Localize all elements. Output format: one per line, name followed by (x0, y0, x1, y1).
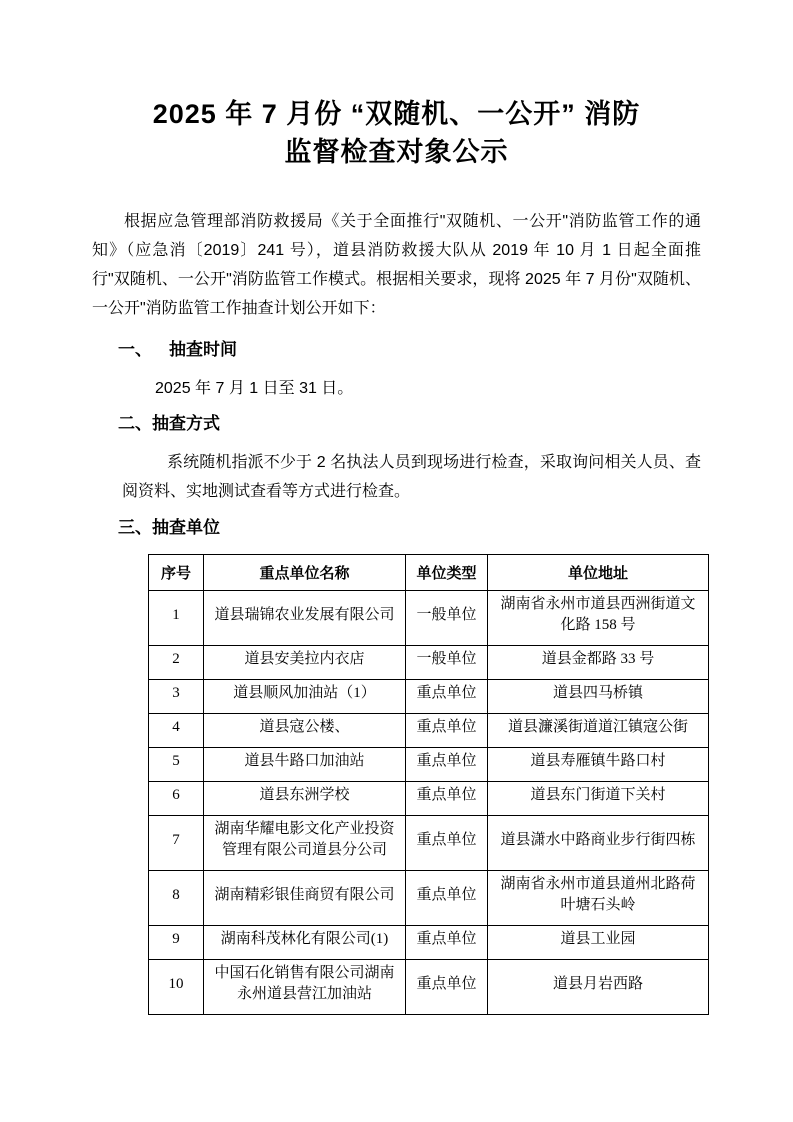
cell-index: 4 (149, 714, 204, 748)
cell-unit-type: 重点单位 (406, 871, 488, 926)
header-cell-unit-address: 单位地址 (488, 555, 709, 591)
document-title: 2025 年 7 月份 “双随机、一公开” 消防 监督检查对象公示 (92, 95, 701, 171)
section-number: 三、 (118, 518, 152, 537)
section-heading-inspection-time: 一、抽查时间 (118, 339, 701, 361)
table-row: 10 中国石化销售有限公司湖南永州道县营江加油站 重点单位 道县月岩西路 (149, 960, 709, 1015)
cell-unit-name: 道县牛路口加油站 (204, 748, 406, 782)
cell-index: 6 (149, 782, 204, 816)
cell-unit-address: 湖南省永州市道县西洲街道文化路 158 号 (488, 591, 709, 646)
header-cell-unit-type: 单位类型 (406, 555, 488, 591)
cell-unit-address: 湖南省永州市道县道州北路荷叶塘石头岭 (488, 871, 709, 926)
table-row: 2 道县安美拉内衣店 一般单位 道县金都路 33 号 (149, 646, 709, 680)
inspection-method-text: 系统随机指派不少于 2 名执法人员到现场进行检查，采取询问相关人员、查阅资料、实… (122, 448, 701, 506)
cell-index: 5 (149, 748, 204, 782)
cell-unit-type: 一般单位 (406, 646, 488, 680)
cell-index: 2 (149, 646, 204, 680)
header-cell-index: 序号 (149, 555, 204, 591)
header-cell-unit-name: 重点单位名称 (204, 555, 406, 591)
section-heading-inspection-units: 三、抽查单位 (118, 517, 701, 539)
table-row: 4 道县寇公楼、 重点单位 道县濂溪街道道江镇寇公街 (149, 714, 709, 748)
cell-unit-name: 道县瑞锦农业发展有限公司 (204, 591, 406, 646)
cell-index: 1 (149, 591, 204, 646)
cell-unit-name: 道县顺风加油站（1） (204, 680, 406, 714)
document-title-line2: 监督检查对象公示 (92, 133, 701, 171)
cell-unit-address: 道县工业园 (488, 926, 709, 960)
cell-unit-type: 重点单位 (406, 680, 488, 714)
table-row: 9 湖南科茂林化有限公司(1) 重点单位 道县工业园 (149, 926, 709, 960)
cell-unit-type: 重点单位 (406, 782, 488, 816)
section-heading-inspection-method: 二、抽查方式 (118, 413, 701, 435)
cell-index: 8 (149, 871, 204, 926)
table-row: 7 湖南华耀电影文化产业投资管理有限公司道县分公司 重点单位 道县潇水中路商业步… (149, 816, 709, 871)
cell-unit-address: 道县潇水中路商业步行街四栋 (488, 816, 709, 871)
cell-unit-address: 道县寿雁镇牛路口村 (488, 748, 709, 782)
cell-unit-name: 道县东洲学校 (204, 782, 406, 816)
document-page: 2025 年 7 月份 “双随机、一公开” 消防 监督检查对象公示 根据应急管理… (0, 0, 793, 1122)
cell-unit-name: 道县寇公楼、 (204, 714, 406, 748)
cell-unit-address: 道县月岩西路 (488, 960, 709, 1015)
section-title: 抽查单位 (152, 518, 220, 537)
section-title: 抽查方式 (152, 414, 220, 433)
cell-unit-name: 中国石化销售有限公司湖南永州道县营江加油站 (204, 960, 406, 1015)
cell-unit-name: 湖南精彩银佳商贸有限公司 (204, 871, 406, 926)
table-row: 5 道县牛路口加油站 重点单位 道县寿雁镇牛路口村 (149, 748, 709, 782)
table-row: 6 道县东洲学校 重点单位 道县东门街道下关村 (149, 782, 709, 816)
section-number: 一、 (118, 340, 152, 359)
table-row: 1 道县瑞锦农业发展有限公司 一般单位 湖南省永州市道县西洲街道文化路 158 … (149, 591, 709, 646)
cell-index: 9 (149, 926, 204, 960)
cell-index: 3 (149, 680, 204, 714)
cell-unit-name: 道县安美拉内衣店 (204, 646, 406, 680)
document-title-line1: 2025 年 7 月份 “双随机、一公开” 消防 (92, 95, 701, 133)
cell-unit-name: 湖南华耀电影文化产业投资管理有限公司道县分公司 (204, 816, 406, 871)
cell-unit-address: 道县东门街道下关村 (488, 782, 709, 816)
units-table-body: 1 道县瑞锦农业发展有限公司 一般单位 湖南省永州市道县西洲街道文化路 158 … (149, 591, 709, 1015)
intro-paragraph: 根据应急管理部消防救援局《关于全面推行"双随机、一公开"消防监管工作的通知》（应… (92, 207, 701, 323)
cell-index: 7 (149, 816, 204, 871)
cell-unit-type: 重点单位 (406, 926, 488, 960)
cell-index: 10 (149, 960, 204, 1015)
cell-unit-type: 重点单位 (406, 748, 488, 782)
cell-unit-name: 湖南科茂林化有限公司(1) (204, 926, 406, 960)
cell-unit-type: 重点单位 (406, 714, 488, 748)
section-number: 二、 (118, 414, 152, 433)
cell-unit-address: 道县濂溪街道道江镇寇公街 (488, 714, 709, 748)
table-row: 8 湖南精彩银佳商贸有限公司 重点单位 湖南省永州市道县道州北路荷叶塘石头岭 (149, 871, 709, 926)
cell-unit-type: 一般单位 (406, 591, 488, 646)
cell-unit-address: 道县金都路 33 号 (488, 646, 709, 680)
units-table: 序号 重点单位名称 单位类型 单位地址 1 道县瑞锦农业发展有限公司 一般单位 … (148, 554, 709, 1015)
section-title: 抽查时间 (169, 340, 237, 359)
table-row: 3 道县顺风加油站（1） 重点单位 道县四马桥镇 (149, 680, 709, 714)
cell-unit-type: 重点单位 (406, 816, 488, 871)
table-header-row: 序号 重点单位名称 单位类型 单位地址 (149, 555, 709, 591)
cell-unit-address: 道县四马桥镇 (488, 680, 709, 714)
inspection-time-text: 2025 年 7 月 1 日至 31 日。 (155, 374, 701, 403)
cell-unit-type: 重点单位 (406, 960, 488, 1015)
